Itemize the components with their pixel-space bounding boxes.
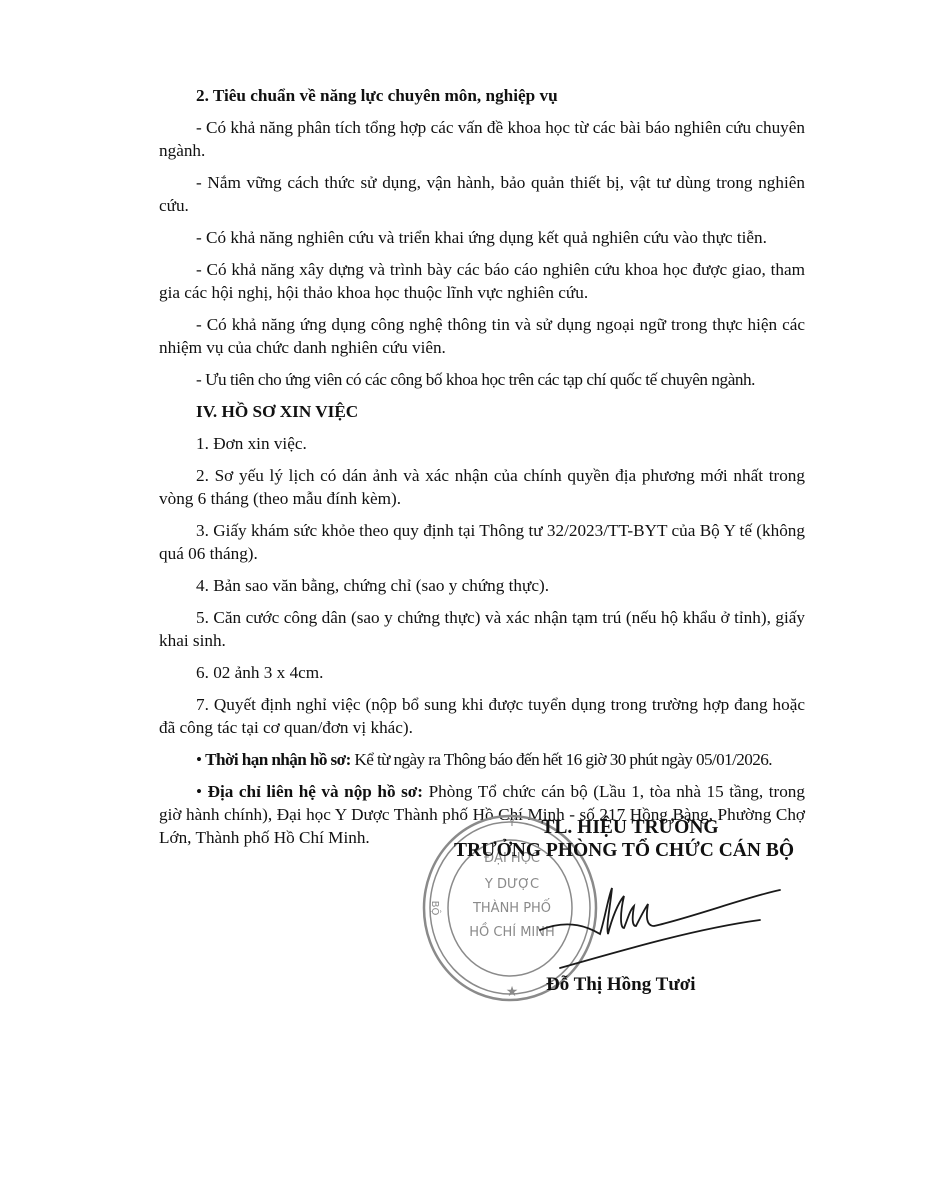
section-2-item: - Có khả năng ứng dụng công nghệ thông t… [159,313,805,359]
section-2-item: - Ưu tiên cho ứng viên có các công bố kh… [159,368,805,391]
section-4-item: 4. Bản sao văn bằng, chứng chỉ (sao y ch… [159,574,805,597]
section-2-item: - Có khả năng phân tích tổng hợp các vấn… [159,116,805,162]
section-4-item: 1. Đơn xin việc. [159,432,805,455]
section-2-item: - Có khả năng xây dựng và trình bày các … [159,258,805,304]
svg-text:★: ★ [506,984,519,1000]
svg-text:BỘ: BỘ [429,901,442,916]
section-2-item: - Nắm vững cách thức sử dụng, vận hành, … [159,171,805,217]
section-4-item: 7. Quyết định nghỉ việc (nộp bổ sung khi… [159,693,805,739]
section-4-item: 5. Căn cước công dân (sao y chứng thực) … [159,606,805,652]
deadline-paragraph: • Thời hạn nhận hồ sơ: Kể từ ngày ra Thô… [159,748,805,771]
bullet-icon: • [196,782,202,801]
section-4-item: 3. Giấy khám sức khỏe theo quy định tại … [159,519,805,565]
bullet-icon: • [196,750,201,769]
section-2-heading: 2. Tiêu chuẩn về năng lực chuyên môn, ng… [159,84,805,107]
signature-block: Y ĐẠI HỌC Y DƯỢC THÀNH PHỐ HỒ CHÍ MINH ★… [420,808,820,1008]
signature-title-1: TL. HIỆU TRƯỞNG [430,816,830,839]
document-body: 2. Tiêu chuẩn về năng lực chuyên môn, ng… [159,84,805,858]
address-label: Địa chỉ liên hệ và nộp hồ sơ: [208,782,423,801]
deadline-text: Kể từ ngày ra Thông báo đến hết 16 giờ 3… [351,750,772,769]
handwritten-signature-icon [520,868,810,978]
section-4-item: 6. 02 ảnh 3 x 4cm. [159,661,805,684]
deadline-label: Thời hạn nhận hồ sơ: [205,750,351,769]
signature-title-2: TRƯỞNG PHÒNG TỔ CHỨC CÁN BỘ [424,839,824,862]
section-4-item: 2. Sơ yếu lý lịch có dán ảnh và xác nhận… [159,464,805,510]
document-page: 2. Tiêu chuẩn về năng lực chuyên môn, ng… [0,0,927,1200]
section-2-item: - Có khả năng nghiên cứu và triển khai ứ… [159,226,805,249]
section-4-heading: IV. HỒ SƠ XIN VIỆC [159,400,805,423]
